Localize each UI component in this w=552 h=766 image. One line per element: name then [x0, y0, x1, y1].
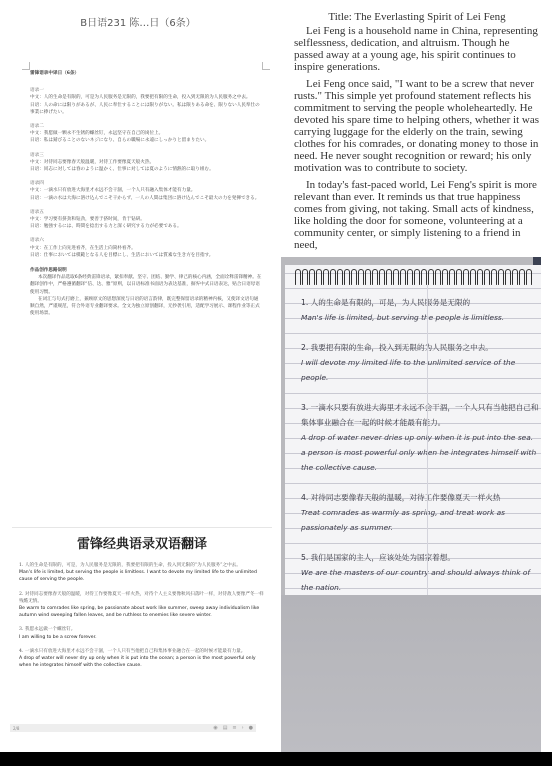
bottom-black-strip	[0, 752, 552, 766]
viewer-toolbar: 2/8 ◉ ▤ ≡ › ●	[10, 724, 256, 732]
quote-japanese: 日语：同志に対しては春のように温かく、仕事に対しては夏のように情熱的に取り組む。	[30, 166, 262, 173]
item-chinese: 我愿永远做一个螺丝钉。	[25, 627, 76, 632]
explanation-paragraph: 本次翻译作品选取6条经典雷锋语录，紧扣奉献、坚守、团结、勤学、律己的核心内涵，全…	[30, 274, 262, 296]
bilingual-item: 2. 对待同志要像春天般的温暖，对待工作要像夏天一样火热，对待个人主义要像秋风扫…	[19, 591, 265, 620]
entry-chinese: 4. 对待同志要像春天般的温暖，对待工作要像夏天一样火热	[301, 490, 539, 505]
desk-surface	[281, 595, 541, 753]
document-header: B日语231 陈…日（6条）	[0, 14, 276, 29]
handwritten-entry: 3. 一滴水只要有放进大海里才永远不会干涸，一个人只有当他把自己和集体事业融合在…	[301, 400, 539, 475]
quote-chinese: 中文：一滴水只有放进大海里才永远不会干涸，一个人只有融入集体才能有力量。	[30, 187, 262, 194]
quote-heading: 语录五	[30, 209, 262, 216]
quote-block: 语录六 中文：在工作上向先进看齐，在生活上向简朴看齐。 日语：仕事においては模範…	[30, 237, 262, 259]
item-chinese: 人的生命是有限的，可是，为人民服务是无限的，我要把有限的生命，投入到无限的“为人…	[25, 563, 241, 568]
item-english: A drop of water will never dry up only w…	[19, 655, 265, 669]
page-icon[interactable]: ▤	[223, 725, 228, 731]
bilingual-item: 3. 我愿永远做一个螺丝钉。 I am willing to be a scre…	[19, 626, 265, 640]
quote-japanese: 日语：一滴の水は大海に溶け込んでこそ干からず、一人の人間は集団に溶け込んでこそ最…	[30, 195, 262, 202]
handwritten-entry: 5. 我们是国家的主人，应该处处为国家着想。 We are the master…	[301, 550, 539, 595]
essay-paragraph: Lei Feng is a household name in China, r…	[294, 25, 540, 73]
quote-block: 语录三 中文：对待同志要像春天般温暖，对待工作要像夏天般火热。 日语：同志に対し…	[30, 152, 262, 174]
entry-english: A drop of water never dries up only when…	[301, 430, 539, 475]
quote-chinese: 中文：人的生命是有限的，可是为人民服务是无限的，我要把有限的生命，投入到无限的为…	[30, 94, 262, 101]
eye-icon[interactable]: ◉	[213, 725, 217, 731]
entry-chinese: 2. 我要把有限的生命，投入到无限的为人民服务之中去。	[301, 340, 539, 355]
next-icon[interactable]: ›	[242, 725, 244, 731]
entry-english: I will devote my limited life to the unl…	[301, 355, 539, 385]
quote-block: 语录四 中文：一滴水只有放进大海里才永远不会干涸，一个人只有融入集体才能有力量。…	[30, 180, 262, 202]
quote-japanese: 日语：仕事においては模範となる人を目標にし、生活においては質素な生き方を目指す。	[30, 252, 262, 259]
item-english: Be warm to comrades like spring, be pass…	[19, 605, 265, 619]
quote-chinese: 中文：我愿做一颗永不生锈的螺丝钉，永远坚守在自己的岗位上。	[30, 130, 262, 137]
bilingual-item: 1. 人的生命是有限的，可是，为人民服务是无限的，我要把有限的生命，投入到无限的…	[19, 562, 265, 584]
spiral-binding	[295, 269, 535, 287]
explanation-paragraph: 在词汇与句式打磨上，兼顾原文的思想深度与日语的语言韵律，既完整保留语录的精神内核…	[30, 296, 262, 318]
handwritten-entry: 2. 我要把有限的生命，投入到无限的为人民服务之中去。 I will devot…	[301, 340, 539, 385]
handwritten-entry: 4. 对待同志要像春天般的温暖，对待工作要像夏天一样火热 Treat comra…	[301, 490, 539, 535]
entry-english: Treat comrades as warmly as spring, and …	[301, 505, 539, 535]
entry-english: Man's life is limited, but serving the p…	[301, 310, 539, 325]
item-number: 2.	[19, 592, 23, 597]
handwritten-notes: 1. 人的生命是有限的，可是，为人民服务是无限的 Man's life is l…	[301, 295, 539, 610]
item-english: Man's life is limited, but serving the p…	[19, 569, 265, 583]
quote-heading: 语录四	[30, 180, 262, 187]
translation-document-viewer: B日语231 陈…日（6条） 雷锋语录中译日（6条） 语录一 中文：人的生命是有…	[0, 0, 276, 750]
item-chinese: 对待同志要像春天般的温暖，对待工作要像夏天一样火热，对待个人主义要像秋风扫落叶一…	[19, 592, 264, 604]
quote-chinese: 中文：学习要有挤劲和钻劲，要善于挤时间，肯于钻研。	[30, 216, 262, 223]
essay-paragraph: Lei Feng once said, "I want to be a scre…	[294, 78, 540, 174]
item-number: 4.	[19, 649, 23, 654]
quote-heading: 语录三	[30, 152, 262, 159]
quote-japanese: 日语：勉強するには、時間を捻出する力と深く研究する力が必要である。	[30, 223, 262, 230]
document-page-1: 雷锋语录中译日（6条） 语录一 中文：人的生命是有限的，可是为人民服务是无限的，…	[30, 70, 262, 317]
bilingual-title: 雷锋经典语录双语翻译	[19, 533, 265, 552]
bilingual-item: 4. 一滴水只有放进大海里才永远不会干涸，一个人只有当他把自己和集体事业融合在一…	[19, 648, 265, 670]
settings-icon[interactable]: ●	[249, 725, 253, 731]
item-chinese: 一滴水只有放进大海里才永远不会干涸，一个人只有当他把自己和集体事业融合在一起的时…	[25, 649, 246, 654]
quote-block: 语录五 中文：学习要有挤劲和钻劲，要善于挤时间，肯于钻研。 日语：勉強するには、…	[30, 209, 262, 231]
explanation-title: 作品创作思路说明	[30, 267, 262, 274]
entry-english: We are the masters of our country and sh…	[301, 565, 539, 595]
quote-japanese: 日语：人の命には限りがあるが、人民に奉仕することには限りがない。私は限りある命を…	[30, 102, 262, 116]
essay-and-notebook: Title: The Everlasting Spirit of Lei Fen…	[276, 0, 552, 750]
page-corner-mark	[262, 62, 270, 70]
entry-chinese: 3. 一滴水只要有放进大海里才永远不会干涸，一个人只有当他把自己和集体事业融合在…	[301, 400, 539, 430]
document-subtitle: 雷锋语录中译日（6条）	[30, 70, 262, 77]
quote-heading: 语录二	[30, 123, 262, 130]
quote-heading: 语录一	[30, 87, 262, 94]
menu-icon[interactable]: ≡	[232, 725, 236, 731]
notebook-page: 1. 人的生命是有限的，可是，为人民服务是无限的 Man's life is l…	[285, 265, 541, 595]
handwritten-entry: 1. 人的生命是有限的，可是，为人民服务是无限的 Man's life is l…	[301, 295, 539, 325]
item-english: I am willing to be a screw forever.	[19, 634, 265, 641]
essay-title: Title: The Everlasting Spirit of Lei Fen…	[294, 11, 540, 23]
quote-heading: 语录六	[30, 237, 262, 244]
entry-chinese: 5. 我们是国家的主人，应该处处为国家着想。	[301, 550, 539, 565]
quote-chinese: 中文：在工作上向先进看齐，在生活上向简朴看齐。	[30, 245, 262, 252]
english-essay: Title: The Everlasting Spirit of Lei Fen…	[294, 11, 540, 256]
quote-block: 语录二 中文：我愿做一颗永不生锈的螺丝钉，永远坚守在自己的岗位上。 日语：私は錆…	[30, 123, 262, 145]
item-number: 3.	[19, 627, 23, 632]
quote-block: 语录一 中文：人的生命是有限的，可是为人民服务是无限的，我要把有限的生命，投入到…	[30, 87, 262, 116]
page-corner-mark	[22, 62, 30, 70]
page-indicator: 2/8	[13, 726, 19, 731]
notebook-photo: 1. 人的生命是有限的，可是，为人民服务是无限的 Man's life is l…	[281, 257, 541, 753]
essay-paragraph: In today's fast-paced world, Lei Feng's …	[294, 179, 540, 251]
quote-chinese: 中文：对待同志要像春天般温暖，对待工作要像夏天般火热。	[30, 159, 262, 166]
document-page-2: 雷锋经典语录双语翻译 1. 人的生命是有限的，可是，为人民服务是无限的，我要把有…	[12, 527, 272, 676]
creation-explanation: 作品创作思路说明 本次翻译作品选取6条经典雷锋语录，紧扣奉献、坚守、团结、勤学、…	[30, 267, 262, 317]
item-number: 1.	[19, 563, 23, 568]
entry-chinese: 1. 人的生命是有限的，可是，为人民服务是无限的	[301, 295, 539, 310]
quote-japanese: 日语：私は錆びることのないネジになり、自らの職場に永遠にしっかりと留まりたい。	[30, 137, 262, 144]
